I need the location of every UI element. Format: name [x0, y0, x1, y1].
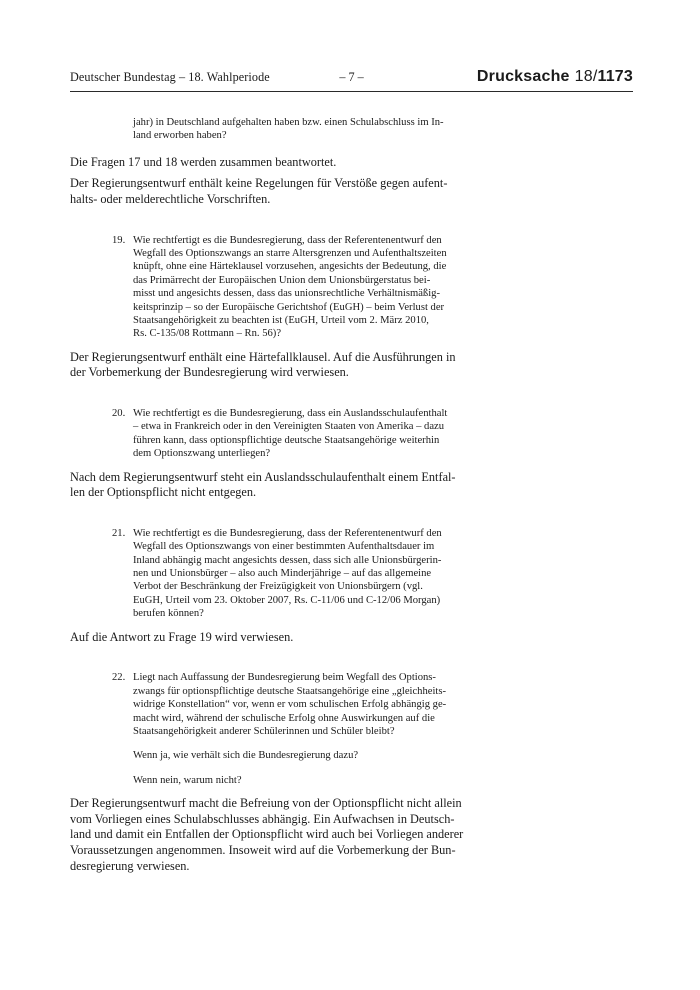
text-line: Wie rechtfertigt es die Bundesregierung,…	[133, 527, 633, 540]
text-line: len der Optionspflicht nicht entgegen.	[70, 485, 633, 501]
text-line: vom Vorliegen eines Schulabschlusses abh…	[70, 812, 633, 828]
text-line: macht wird, während der schulische Erfol…	[133, 712, 633, 725]
question-number: 20.	[112, 407, 133, 461]
document-page: Deutscher Bundestag – 18. Wahlperiode – …	[0, 0, 700, 990]
question-continuation: jahr) in Deutschland aufgehalten haben b…	[133, 116, 633, 143]
text-line: EuGH, Urteil vom 23. Oktober 2007, Rs. C…	[133, 594, 633, 607]
text-line: – etwa in Frankreich oder in den Vereini…	[133, 420, 633, 433]
answer-paragraph: Der Regierungsentwurf macht die Befreiun…	[70, 796, 633, 874]
question-block: 19.Wie rechtfertigt es die Bundesregieru…	[112, 234, 633, 341]
text-line: Wenn ja, wie verhält sich die Bundesregi…	[133, 749, 633, 762]
text-line: Auf die Antwort zu Frage 19 wird verwies…	[70, 630, 633, 646]
text-line: halts- oder melderechtliche Vorschriften…	[70, 192, 633, 208]
text-line: Staatsangehörigkeit anderer Schülerinnen…	[133, 725, 633, 738]
document-content: jahr) in Deutschland aufgehalten haben b…	[70, 92, 633, 874]
question-paragraph: Wie rechtfertigt es die Bundesregierung,…	[133, 234, 633, 341]
text-line: führen kann, dass optionspflichtige deut…	[133, 434, 633, 447]
text-line: Staatsangehörigkeit zu beachten ist (EuG…	[133, 314, 633, 327]
text-line: Wie rechtfertigt es die Bundesregierung,…	[133, 234, 633, 247]
text-line: jahr) in Deutschland aufgehalten haben b…	[133, 116, 633, 129]
text-line: zwangs für optionspflichtige deutsche St…	[133, 685, 633, 698]
text-line: Nach dem Regierungsentwurf steht ein Aus…	[70, 470, 633, 486]
text-line: keitsprinzip – so der Europäische Gerich…	[133, 301, 633, 314]
text-line: Der Regierungsentwurf enthält eine Härte…	[70, 350, 633, 366]
question-paragraph: Wenn nein, warum nicht?	[133, 774, 633, 787]
text-line: Liegt nach Auffassung der Bundesregierun…	[133, 671, 633, 684]
question-paragraph: Liegt nach Auffassung der Bundesregierun…	[133, 671, 633, 738]
text-line: knüpft, ohne eine Härteklausel vorzusehe…	[133, 260, 633, 273]
question-body: Liegt nach Auffassung der Bundesregierun…	[133, 671, 633, 787]
text-line: Wenn nein, warum nicht?	[133, 774, 633, 787]
answer-paragraph: Die Fragen 17 und 18 werden zusammen bea…	[70, 155, 633, 171]
question-number: 22.	[112, 671, 133, 787]
text-line: Rs. C-135/08 Rottmann – Rn. 56)?	[133, 327, 633, 340]
text-line: Wegfall des Optionszwangs von einer best…	[133, 540, 633, 553]
text-line: Verbot der Beschränkung der Freizügigkei…	[133, 580, 633, 593]
text-line: Inland abhängig macht angesichts dessen,…	[133, 554, 633, 567]
answer-paragraph: Nach dem Regierungsentwurf steht ein Aus…	[70, 470, 633, 501]
doc-label: Drucksache	[477, 68, 570, 85]
text-line: land erworben haben?	[133, 129, 633, 142]
answer-paragraph: Der Regierungsentwurf enthält keine Rege…	[70, 176, 633, 207]
question-number: 19.	[112, 234, 133, 341]
header-doc-reference: Drucksache18/1173	[387, 68, 634, 86]
question-block: 20.Wie rechtfertigt es die Bundesregieru…	[112, 407, 633, 461]
header-left-title: Deutscher Bundestag – 18. Wahlperiode	[70, 70, 317, 85]
answer-paragraph: Der Regierungsentwurf enthält eine Härte…	[70, 350, 633, 381]
text-line: Wie rechtfertigt es die Bundesregierung,…	[133, 407, 633, 420]
question-body: Wie rechtfertigt es die Bundesregierung,…	[133, 407, 633, 461]
text-line: Der Regierungsentwurf macht die Befreiun…	[70, 796, 633, 812]
text-line: Wegfall des Optionszwangs an starre Alte…	[133, 247, 633, 260]
text-line: dem Optionszwang unterliegen?	[133, 447, 633, 460]
text-line: Der Regierungsentwurf enthält keine Rege…	[70, 176, 633, 192]
text-line: land und damit ein Entfallen der Options…	[70, 827, 633, 843]
text-line: misst und angesichts dessen, dass das un…	[133, 287, 633, 300]
page-header: Deutscher Bundestag – 18. Wahlperiode – …	[70, 68, 633, 92]
text-line: nen und Unionsbürger – also auch Minderj…	[133, 567, 633, 580]
answer-paragraph: Auf die Antwort zu Frage 19 wird verwies…	[70, 630, 633, 646]
question-paragraph: Wenn ja, wie verhält sich die Bundesregi…	[133, 749, 633, 762]
text-line: Die Fragen 17 und 18 werden zusammen bea…	[70, 155, 633, 171]
question-block: 22.Liegt nach Auffassung der Bundesregie…	[112, 671, 633, 787]
text-line: das Primärrecht der Europäischen Union d…	[133, 274, 633, 287]
text-line: Voraussetzungen angenommen. Insoweit wir…	[70, 843, 633, 859]
text-line: der Vorbemerkung der Bundesregierung wir…	[70, 365, 633, 381]
question-paragraph: Wie rechtfertigt es die Bundesregierung,…	[133, 527, 633, 621]
question-block: 21.Wie rechtfertigt es die Bundesregieru…	[112, 527, 633, 621]
text-line: desregierung verwiesen.	[70, 859, 633, 875]
text-line: widrige Konstellation“ vor, wenn er vom …	[133, 698, 633, 711]
question-body: Wie rechtfertigt es die Bundesregierung,…	[133, 527, 633, 621]
doc-number: 1173	[597, 68, 633, 85]
question-body: Wie rechtfertigt es die Bundesregierung,…	[133, 234, 633, 341]
text-line: berufen können?	[133, 607, 633, 620]
question-paragraph: Wie rechtfertigt es die Bundesregierung,…	[133, 407, 633, 461]
page-number: – 7 –	[317, 70, 387, 85]
question-number: 21.	[112, 527, 133, 621]
doc-session-number: 18/	[575, 68, 598, 85]
